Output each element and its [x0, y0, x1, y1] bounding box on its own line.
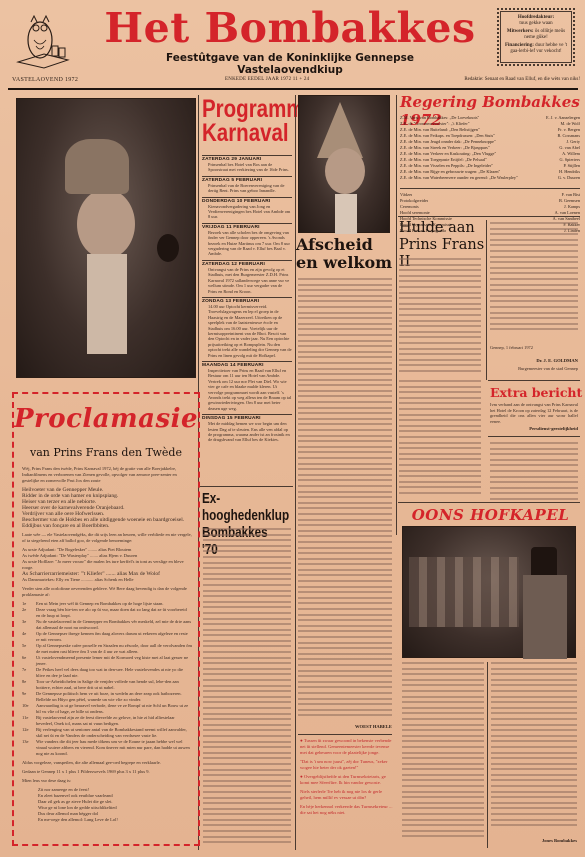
afscheid-heading: Afscheid en welkom: [296, 236, 394, 272]
proclamatie-points: 1eEen ut Mein jeer wël ût Gennep en Bomb…: [22, 601, 192, 757]
exhoogheden-text: [203, 528, 291, 846]
program-desc: Prinsenbal van de Boerenvereniging van d…: [202, 183, 292, 194]
owl-logo-icon: [14, 10, 72, 72]
program-desc: Ontvangst van de Prins en zijn gevolg op…: [202, 267, 292, 294]
hulde-text-col1-cont: [399, 380, 481, 500]
proclamatie-closing: Aldus vorgeleze, vanspeilen, die alte al…: [22, 760, 192, 766]
proclamatie-poem: Zit nor zameege en de feest! En zleet ba…: [22, 787, 192, 823]
extra-bericht-notes: [490, 442, 578, 502]
editorial-note: Redaktie: Senaat en Raad van Elluf, en d…: [370, 77, 580, 82]
section-rule: [398, 502, 580, 503]
ex-prince-photo: [298, 95, 390, 233]
program-desc: Kienavondvergadering van Jong en Verdien…: [202, 204, 292, 220]
proclamatie-heading: Proclamasie: [14, 404, 198, 434]
column-rule: [396, 95, 397, 535]
program-day: ZATERDAG 5 FEBRUARI: [202, 176, 292, 183]
prince-photo: [16, 98, 196, 378]
hofkapel-text-col2: [491, 662, 577, 832]
programma-list: ZATERDAG 29 JANUARI Prinsenbal bes Hotel…: [202, 152, 292, 443]
proclamatie-poem-intro: Mien leus vur dese daag is:: [22, 778, 192, 784]
extra-bericht-heading: Extra bericht: [490, 385, 582, 400]
extra-bericht-source: Persdienst-geestelijkheid: [490, 426, 578, 431]
program-desc: Prinsenbal bes Hotel van Bos aan de Spoo…: [202, 162, 292, 173]
masthead: Het Bombakkes Feestûtgave van de Koninkl…: [0, 0, 585, 90]
proclamatie-intro: Wèj, Prins Frans den twède, Prins Karnav…: [22, 466, 192, 484]
programma-heading: Programma Karnaval: [202, 97, 276, 145]
program-day: ZATERDAG 12 FEBRUARI: [202, 260, 292, 267]
masthead-rule: [8, 88, 578, 90]
column-rule: [486, 220, 487, 380]
proclamatie-given: Gedaan te Gennep 11 x 1 plus 1 Pilderswe…: [22, 769, 192, 775]
section-rule: [298, 734, 392, 735]
program-day: VRIJDAG 11 FEBRUARI: [202, 223, 292, 230]
column-rule: [487, 662, 488, 848]
program-day: ZONDAG 13 FEBRUARI: [202, 297, 292, 304]
program-desc: 14.00 uur Optocht kermisverveid. Troevel…: [202, 304, 292, 358]
ear-box: Hoofdredakteur:tuus gekke waan Mitwerker…: [497, 8, 575, 66]
ear-label: Hoofdredakteur:: [518, 15, 554, 20]
newspaper-subtitle: Feestûtgave van de Koninklijke Gennepse …: [120, 52, 460, 76]
hulde-place-date: Gennep, 1 februari 1972: [490, 345, 578, 351]
issue-number: ENKEDE EEDEL JAAR 1972 11 + 24: [225, 77, 309, 82]
proclamatie-appointments: As urste Adjudant: "De Bogelesker" .....…: [22, 547, 192, 583]
proclamatie-body: Wèj, Prins Frans den twède, Prins Karnav…: [22, 466, 192, 823]
section-rule: [488, 380, 580, 381]
edition-label: VASTELAOVEND 1972: [12, 77, 78, 83]
program-day: MAANDAG 14 FEBRUARI: [202, 361, 292, 368]
program-desc: Met de middag hemen we wor begin um den …: [202, 421, 292, 443]
hofkapel-photo: [402, 526, 576, 658]
ear-label: Mitwerkers:: [507, 29, 534, 34]
section-rule: [488, 436, 580, 437]
newspaper-page: Het Bombakkes Feestûtgave van de Koninkl…: [0, 0, 585, 857]
hulde-signature: Dr. J. E. GOLDMAN: [490, 358, 578, 363]
proclamatie-subheading: van Prins Frans den Twède: [14, 446, 198, 459]
section-rule: [398, 216, 580, 217]
extra-bericht-text: Ivm verband aan de ontvangst van Prins K…: [490, 402, 578, 424]
proclamatie-box: Proclamasie van Prins Frans den Twède Wè…: [12, 392, 200, 846]
ear-text: tuus gekke waan: [519, 21, 552, 26]
proclamatie-titles: Heilvoeter van de Gennepper Meule. Ridde…: [22, 487, 192, 529]
proclamatie-announce: Laate wêe — ele Vastelaovendgèks, die di…: [22, 532, 192, 544]
program-day: ZATERDAG 29 JANUARI: [202, 155, 292, 162]
section-rule: [200, 486, 293, 487]
hulde-signature-role: Burgemeester van de stad Gennep: [490, 366, 578, 372]
hofkapel-heading: OONS HOFKAPEL: [398, 506, 583, 524]
ear-label: Financiering:: [505, 43, 534, 48]
newspaper-title: Het Bombakkes: [95, 6, 485, 50]
hulde-text-col2: [490, 222, 578, 340]
hofkapel-text-col1: [402, 662, 484, 842]
proclamatie-further: Verder sien alle oorlofinne oeverenden g…: [22, 586, 192, 598]
program-day: DONDERDAG 10 FEBRUARI: [202, 197, 292, 204]
column-rule: [295, 95, 296, 850]
program-desc: Bezoek van alle scholen bes de omgeving …: [202, 230, 292, 257]
program-desc: Inspectietoer van Prins en Raad van Ellu…: [202, 368, 292, 411]
hulde-text-col1: [399, 258, 481, 378]
hofkapel-signature: Jones Bombakkes: [491, 838, 577, 843]
afscheid-signature: WOEST HABELE: [300, 724, 392, 729]
red-notes-box: ● Tussen ût zwaar gewoond in bekenste ve…: [300, 738, 395, 850]
program-day: DINSDAG 15 FEBRUARI: [202, 414, 292, 421]
afscheid-article-text: [298, 278, 392, 718]
